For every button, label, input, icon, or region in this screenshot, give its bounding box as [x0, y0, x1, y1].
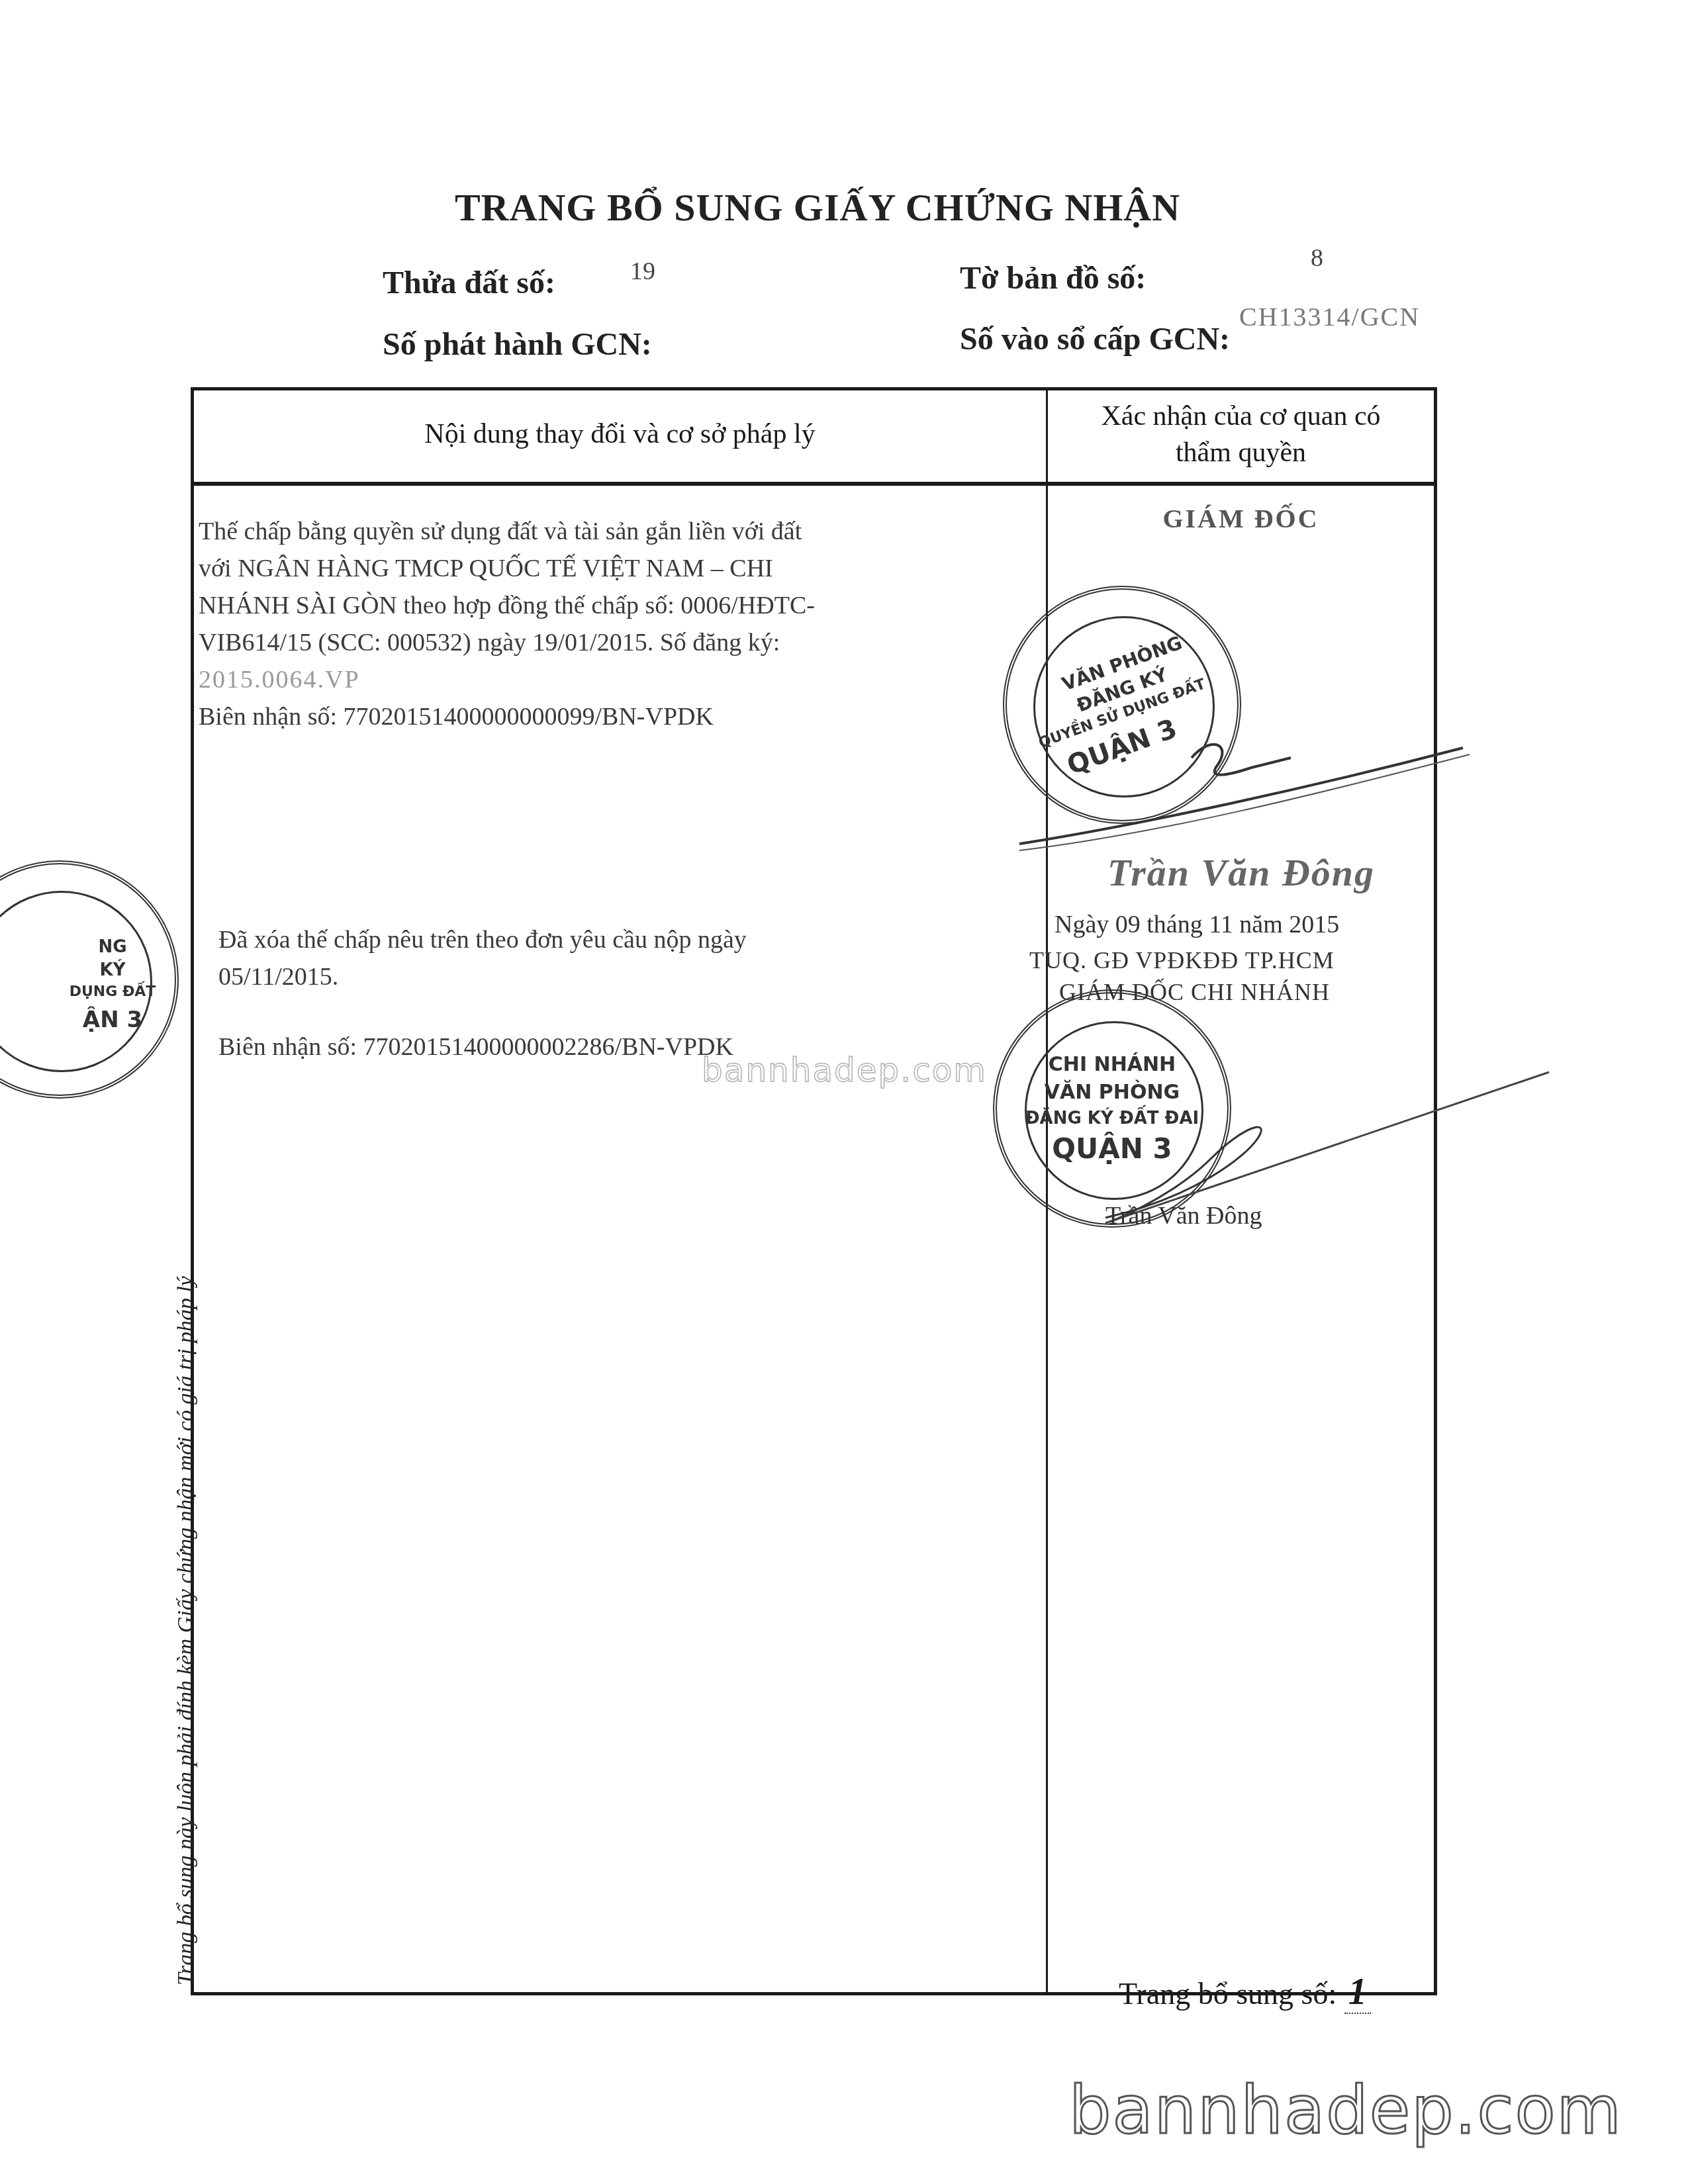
entry-line: với NGÂN HÀNG TMCP QUỐC TẾ VIỆT NAM – CH… — [199, 550, 1039, 587]
parcel-number-value: 19 — [630, 257, 655, 286]
director-title: GIÁM ĐỐC — [1048, 503, 1434, 534]
entry-line: VIB614/15 (SCC: 000532) ngày 19/01/2015.… — [199, 624, 1039, 661]
entry-line: NHÁNH SÀI GÒN theo hợp đồng thế chấp số:… — [199, 587, 1039, 624]
authority-line-1: TUQ. GĐ VPĐKĐĐ TP.HCM — [1029, 946, 1440, 974]
column-header-authority-confirmation: Xác nhận của cơ quan có thẩm quyền — [1048, 387, 1434, 482]
watermark-middle: bannhadep.com — [702, 1051, 987, 1089]
signer-name: Trần Văn Đông — [1105, 1201, 1370, 1230]
signer-name-script-stamp: Trần Văn Đông — [1059, 850, 1423, 895]
watermark-bottom: bannhadep.com — [1069, 2071, 1622, 2149]
certificate-register-number-label: Số vào sổ cấp GCN: — [960, 321, 1230, 357]
registration-number: 2015.0064.VP — [199, 661, 1039, 698]
certificate-issue-number-label: Số phát hành GCN: — [383, 326, 652, 363]
map-sheet-number-value: 8 — [1311, 244, 1323, 273]
table-entry-mortgage-release: Đã xóa thế chấp nêu trên theo đơn yêu cầ… — [218, 921, 1039, 1066]
entry-line: 05/11/2015. — [218, 958, 1039, 995]
column-header-content-changes: Nội dung thay đổi và cơ sở pháp lý — [194, 387, 1046, 482]
table-entry-mortgage: Thế chấp bằng quyền sử dụng đất và tài s… — [199, 513, 1039, 735]
seal-fragment-left-margin: NG KÝ DỤNG ĐẤT ẬN 3 — [0, 860, 179, 1099]
entry-line: Thế chấp bằng quyền sử dụng đất và tài s… — [199, 513, 1039, 550]
page-number-value: 1 — [1344, 1972, 1371, 2014]
receipt-number: Biên nhận số: 77020151400000000099/BN-VP… — [199, 698, 1039, 735]
table-header-divider — [191, 482, 1437, 486]
parcel-number-label: Thửa đất số: — [383, 265, 555, 301]
supplementary-page-number: Trang bổ sung số: 1 — [1119, 1971, 1371, 2013]
margin-legal-note: Trang bổ sung này luôn phải đính kèm Giấ… — [173, 1276, 199, 1985]
signature-stroke-1 — [1013, 708, 1476, 867]
entry-line: Đã xóa thế chấp nêu trên theo đơn yêu cầ… — [218, 921, 1039, 958]
document-title: TRANG BỔ SUNG GIẤY CHỨNG NHẬN — [0, 185, 1688, 230]
certificate-register-number-value: CH13314/GCN — [1239, 301, 1420, 332]
certification-date: Ngày 09 tháng 11 năm 2015 — [1048, 910, 1452, 939]
map-sheet-number-label: Tờ bản đồ số: — [960, 260, 1146, 296]
page-number-label: Trang bổ sung số: — [1119, 1977, 1336, 2011]
